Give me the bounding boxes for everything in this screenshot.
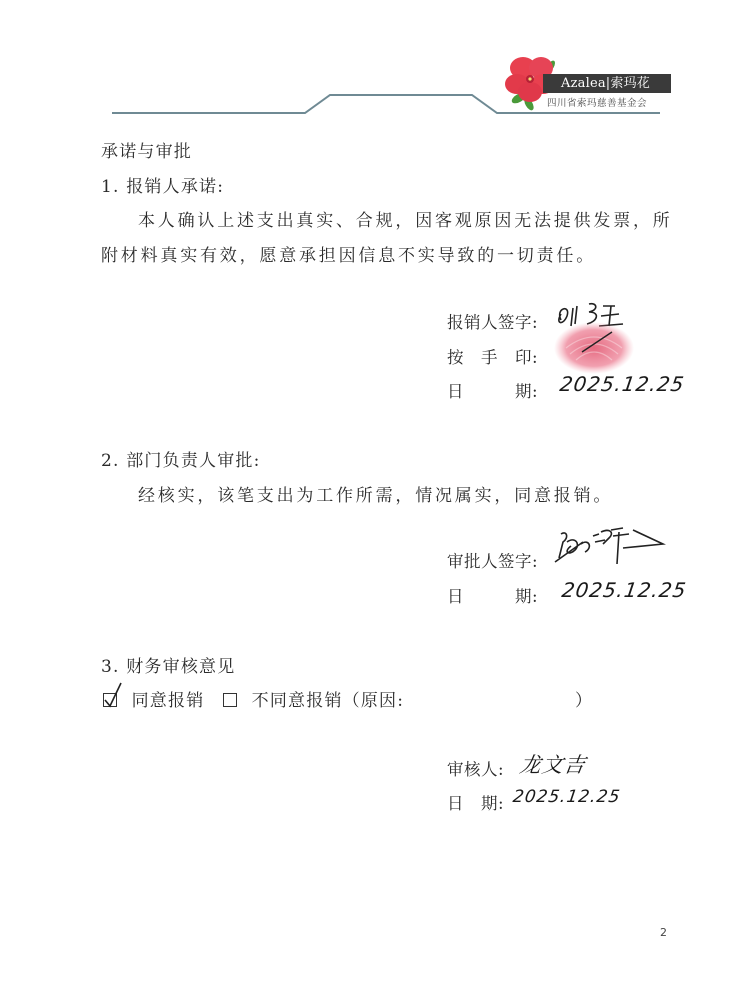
fingerprint-label: 按 手 印: bbox=[447, 344, 538, 368]
foundation-logo: Azalea|索玛花 四川省索玛慈善基金会 bbox=[503, 52, 673, 112]
brand-en: Azalea bbox=[561, 76, 606, 91]
approve-option-label: 同意报销 bbox=[132, 691, 205, 711]
reject-option-label: 不同意报销（原因: bbox=[252, 691, 405, 711]
org-name: 四川省索玛慈善基金会 bbox=[547, 95, 647, 109]
reviewer-signature: 龙文吉 bbox=[518, 749, 588, 779]
approver-signature-label: 审批人签字: bbox=[447, 548, 538, 572]
section-2-heading: 2. 部门负责人审批: bbox=[101, 446, 261, 471]
section-2-body-line-1: 经核实，该笔支出为工作所需，情况属实，同意报销。 bbox=[138, 481, 613, 506]
approver-signature bbox=[553, 522, 673, 582]
claimant-date-value: 2025.12.25 bbox=[558, 372, 686, 396]
page-number: 2 bbox=[660, 926, 667, 939]
section-title: 承诺与审批 bbox=[101, 137, 192, 162]
red-fingerprint-icon bbox=[552, 318, 642, 378]
claimant-date-label: 日 期: bbox=[447, 378, 538, 402]
approver-date-label: 日 期: bbox=[447, 583, 538, 607]
brand-cn: 索玛花 bbox=[610, 76, 650, 91]
section-1-heading: 1. 报销人承诺: bbox=[101, 172, 224, 197]
claimant-signature-label: 报销人签字: bbox=[447, 309, 538, 333]
logo-brand-band: Azalea|索玛花 bbox=[543, 74, 671, 93]
approve-checkbox[interactable] bbox=[103, 693, 117, 707]
section-1-body-line-2: 附材料真实有效，愿意承担因信息不实导致的一切责任。 bbox=[101, 241, 596, 266]
reject-checkbox[interactable] bbox=[223, 693, 237, 707]
reviewer-date-value: 2025.12.25 bbox=[512, 787, 622, 807]
section-3-heading: 3. 财务审核意见 bbox=[101, 652, 235, 677]
finance-options-row: 同意报销 不同意报销（原因: bbox=[103, 686, 404, 711]
reviewer-date-label: 日 期: bbox=[447, 790, 504, 814]
checkmark-icon bbox=[103, 682, 125, 708]
section-1-body-line-1: 本人确认上述支出真实、合规，因客观原因无法提供发票，所 bbox=[138, 206, 673, 231]
approver-date-value: 2025.12.25 bbox=[560, 578, 688, 602]
reviewer-label: 审核人: bbox=[447, 756, 504, 780]
reason-close-paren: ） bbox=[575, 686, 593, 711]
